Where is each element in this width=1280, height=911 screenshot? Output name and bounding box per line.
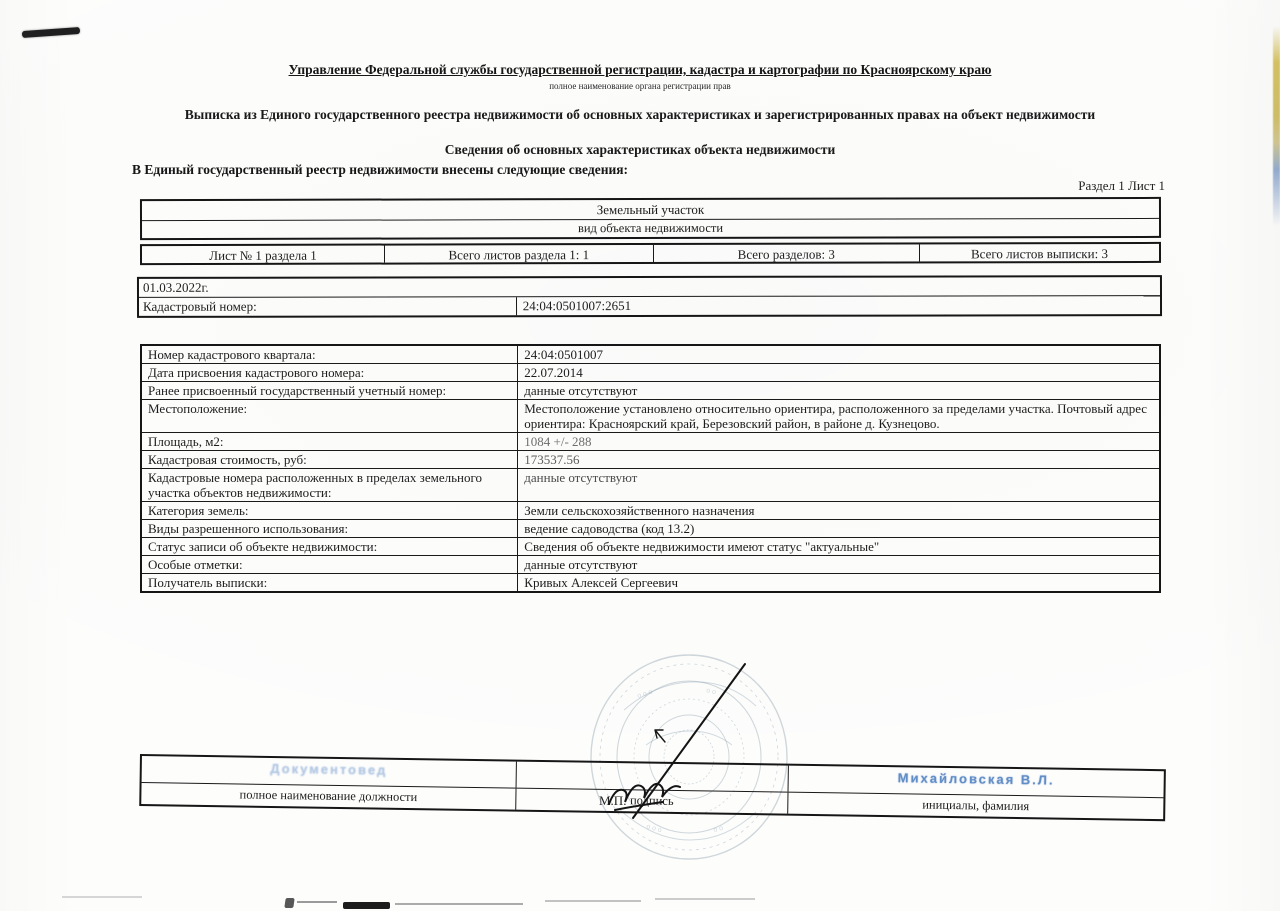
- row-value: 173537.56: [518, 451, 1159, 468]
- cadastral-number-label: Кадастровый номер:: [139, 297, 517, 316]
- row-value: ведение садоводства (код 13.2): [518, 520, 1159, 537]
- extract-date: 01.03.2022г.: [139, 277, 1160, 297]
- authority-name: Управление Федеральной службы государств…: [0, 62, 1280, 78]
- row-value: 22.07.2014: [518, 364, 1159, 381]
- sheet-number-cell: Лист № 1 раздела 1: [142, 246, 384, 264]
- row-label: Статус записи об объекте недвижимости:: [142, 538, 518, 555]
- document-page: Управление Федеральной службы государств…: [0, 0, 1280, 911]
- table-row: Категория земель: Земли сельскохозяйстве…: [142, 501, 1159, 519]
- row-value: 24:04:0501007: [518, 346, 1159, 363]
- table-row: Кадастровые номера расположенных в преде…: [142, 468, 1159, 501]
- row-value: Земли сельскохозяйственного назначения: [518, 502, 1159, 519]
- table-row: Дата присвоения кадастрового номера: 22.…: [142, 363, 1159, 381]
- section-sheet-label: Раздел 1 Лист 1: [1078, 178, 1165, 194]
- table-row: Статус записи об объекте недвижимости: С…: [142, 537, 1159, 555]
- name-caption: инициалы, фамилия: [787, 793, 1163, 820]
- table-row: Виды разрешенного использования: ведение…: [142, 519, 1159, 537]
- name-stamp: Михайловская В.Л.: [898, 770, 1055, 787]
- scan-smudge: [297, 901, 337, 903]
- scan-smudge: [62, 896, 142, 898]
- row-value: данные отсутствуют: [518, 469, 1159, 501]
- row-label: Дата присвоения кадастрового номера:: [142, 364, 518, 381]
- sections-total-cell: Всего разделов: 3: [652, 244, 918, 262]
- object-type-caption: вид объекта недвижимости: [142, 218, 1159, 238]
- row-value: данные отсутствуют: [518, 382, 1159, 399]
- scan-smudge: [395, 903, 523, 905]
- extract-sheets-cell: Всего листов выписки: 3: [919, 244, 1159, 262]
- row-value: 1084 +/- 288: [518, 433, 1159, 450]
- intro-line: В Единый государственный реестр недвижим…: [132, 162, 628, 178]
- row-label: Виды разрешенного использования:: [142, 520, 518, 537]
- row-label: Местоположение:: [142, 400, 518, 432]
- object-type-table: Земельный участок вид объекта недвижимос…: [140, 197, 1161, 240]
- scan-smudge: [545, 900, 641, 902]
- table-row: Особые отметки: данные отсутствуют: [142, 555, 1159, 573]
- row-label: Категория земель:: [142, 502, 518, 519]
- scan-smudge: [284, 898, 294, 908]
- section-sheets-cell: Всего листов раздела 1: 1: [384, 245, 653, 263]
- row-label: Номер кадастрового квартала:: [142, 346, 518, 363]
- row-value: Местоположение установлено относительно …: [518, 400, 1159, 432]
- section-title: Сведения об основных характеристиках объ…: [0, 142, 1280, 158]
- scan-smudge: [343, 902, 390, 909]
- scan-smudge: [655, 898, 755, 900]
- object-type: Земельный участок: [142, 199, 1159, 220]
- row-label: Получатель выписки:: [142, 574, 518, 591]
- table-row: Получатель выписки: Кривых Алексей Серге…: [142, 573, 1159, 591]
- document-title: Выписка из Единого государственного реес…: [0, 107, 1280, 123]
- table-row: Площадь, м2: 1084 +/- 288: [142, 432, 1159, 450]
- scan-mark-topleft: [22, 27, 80, 38]
- table-row: Кадастровая стоимость, руб: 173537.56: [142, 450, 1159, 468]
- row-value: Кривых Алексей Сергеевич: [518, 574, 1159, 591]
- date-cadastral-table: 01.03.2022г. Кадастровый номер: 24:04:05…: [137, 275, 1162, 318]
- table-row: Ранее присвоенный государственный учетны…: [142, 381, 1159, 399]
- row-value: данные отсутствуют: [518, 556, 1159, 573]
- authority-caption: полное наименование органа регистрации п…: [0, 81, 1280, 91]
- row-label: Площадь, м2:: [142, 433, 518, 450]
- name-stamp-cell: Михайловская В.Л.: [787, 766, 1163, 798]
- row-value: Сведения об объекте недвижимости имеют с…: [518, 538, 1159, 555]
- details-table: Номер кадастрового квартала: 24:04:05010…: [140, 344, 1161, 593]
- row-label: Ранее присвоенный государственный учетны…: [142, 382, 518, 399]
- row-label: Кадастровая стоимость, руб:: [142, 451, 518, 468]
- scan-edge-color-strip: [1273, 26, 1280, 226]
- row-label: Кадастровые номера расположенных в преде…: [142, 469, 518, 501]
- handwritten-signature: [595, 652, 765, 832]
- sheet-counters-table: Лист № 1 раздела 1 Всего листов раздела …: [140, 242, 1161, 265]
- table-row: Местоположение: Местоположение установле…: [142, 399, 1159, 432]
- position-stamp: Документовед: [270, 761, 387, 778]
- position-caption: полное наименование должности: [141, 783, 515, 810]
- row-label: Особые отметки:: [142, 556, 518, 573]
- table-row: Номер кадастрового квартала: 24:04:05010…: [142, 346, 1159, 363]
- position-stamp-cell: Документовед: [142, 756, 516, 788]
- cadastral-number-value: 24:04:0501007:2651: [517, 296, 1160, 315]
